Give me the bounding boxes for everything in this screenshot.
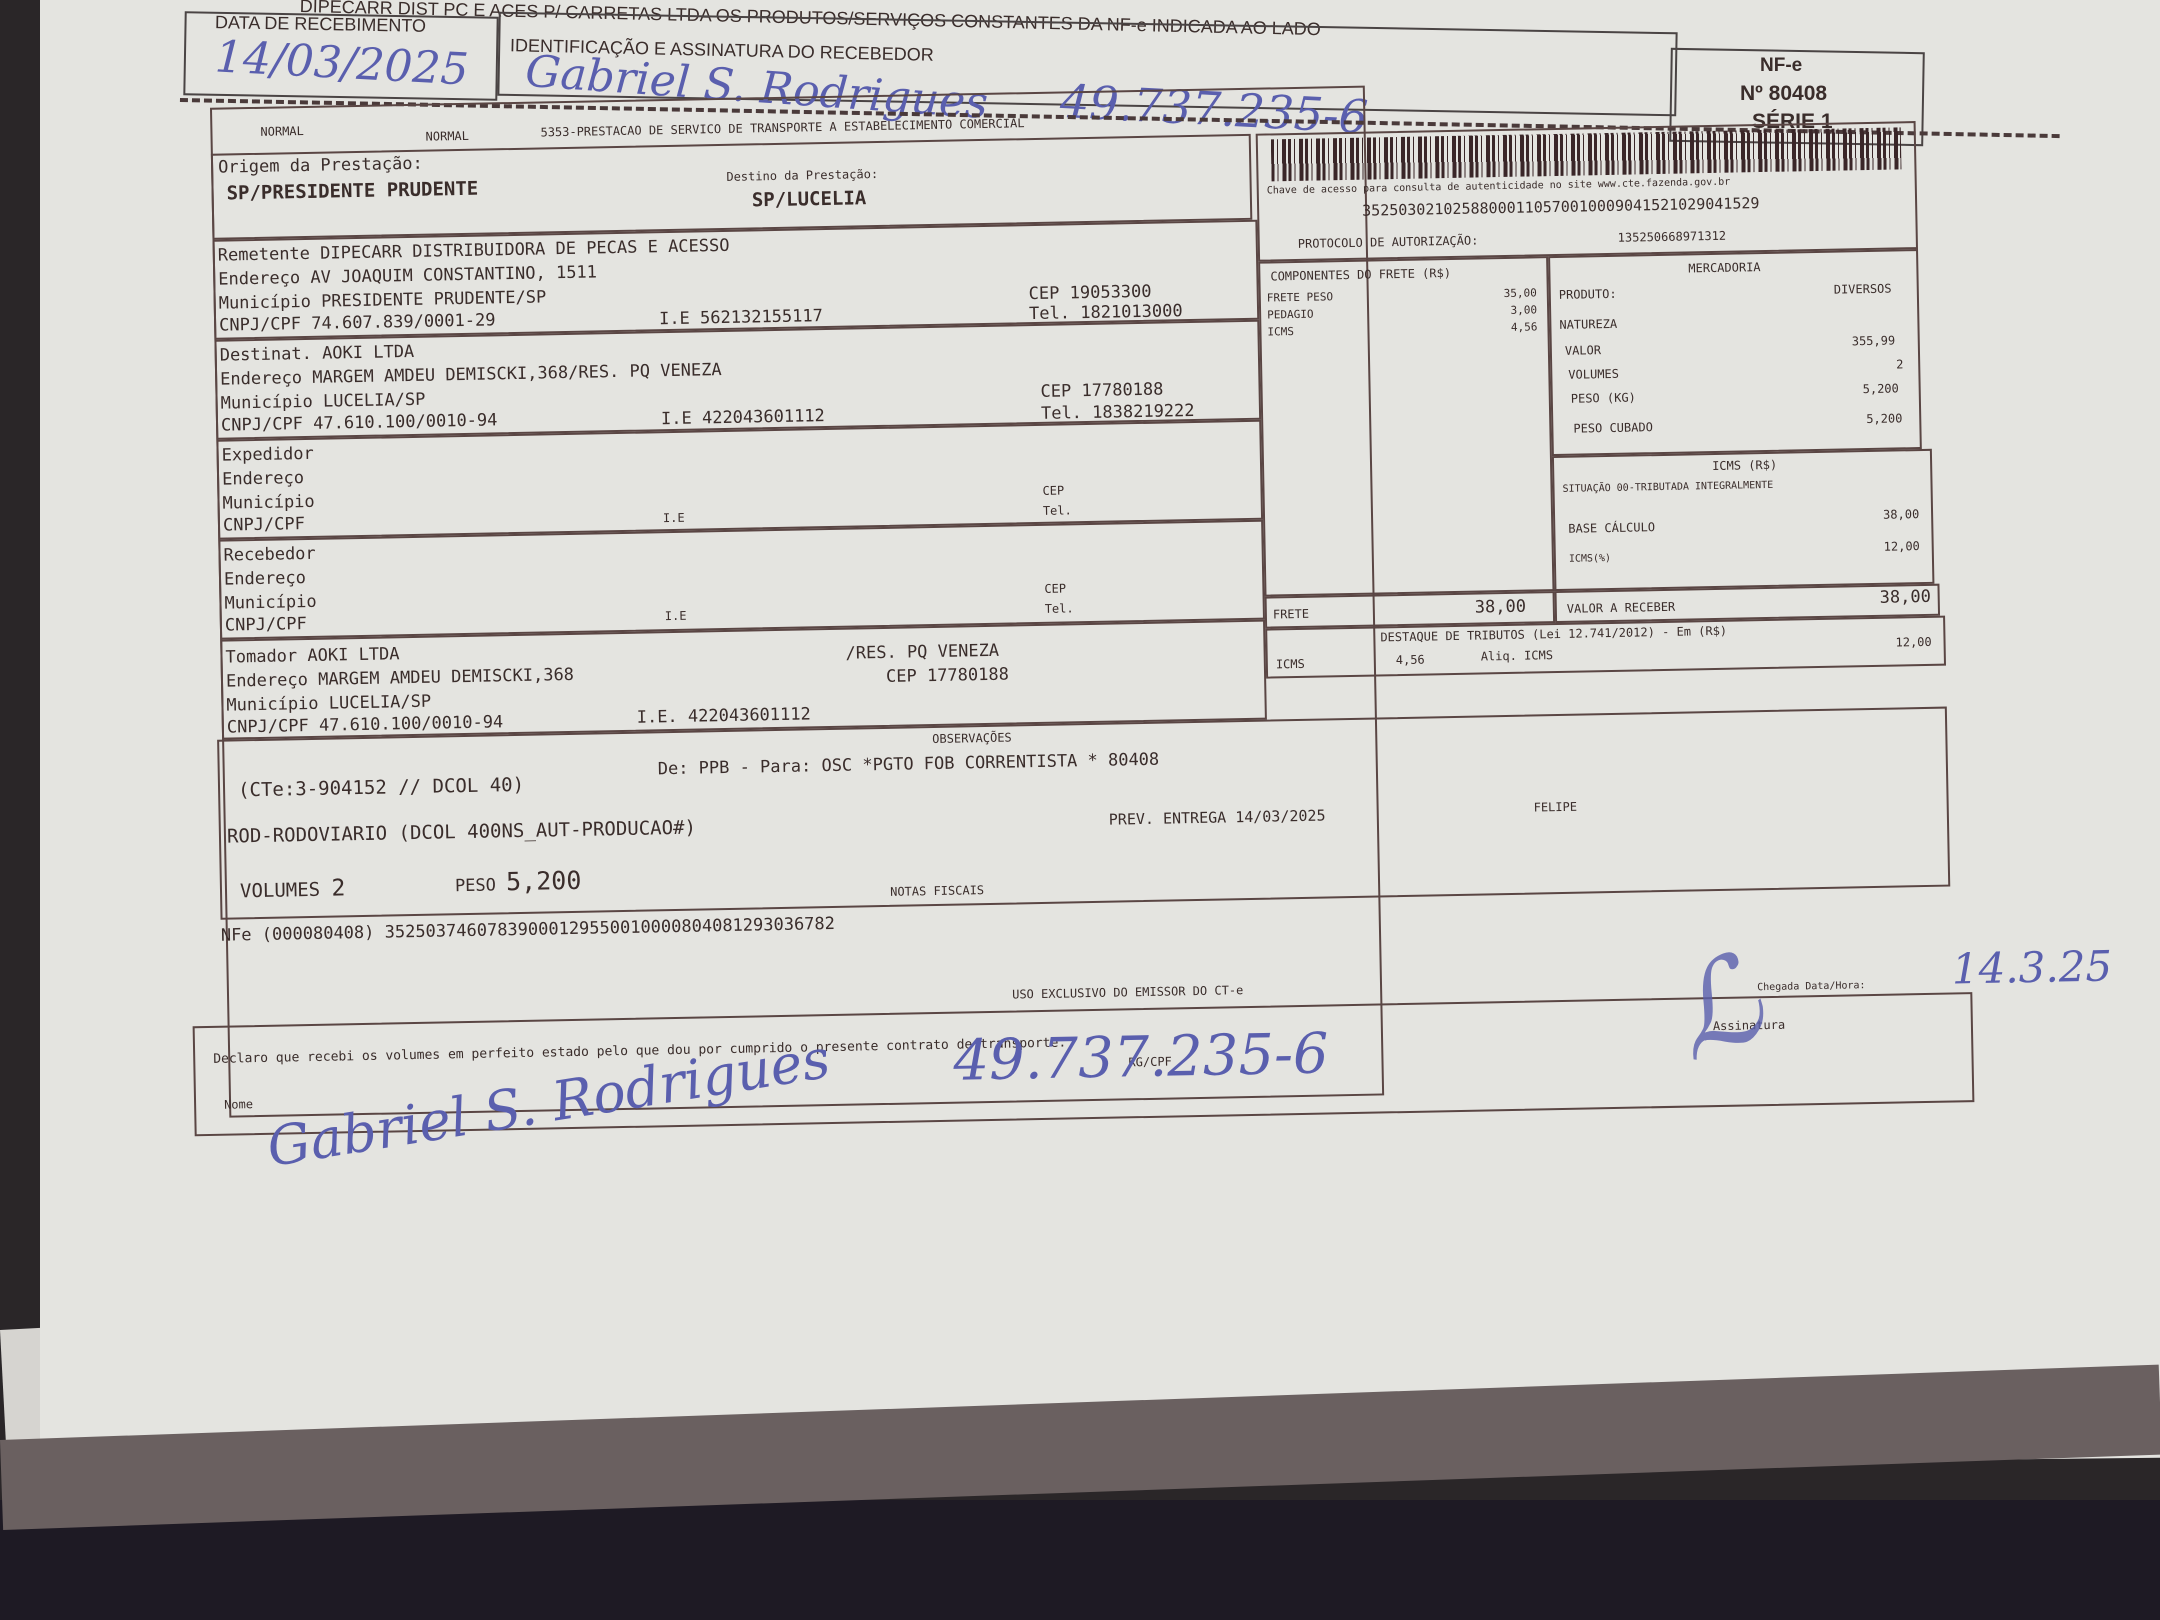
receiver-tel-label: Tel. — [1045, 601, 1074, 616]
freight-item-label: FRETE PESO — [1267, 288, 1334, 306]
freight-item-label: PEDAGIO — [1267, 306, 1314, 324]
receiver-rg-handwritten: 49.737.235-6 — [953, 1021, 1329, 1093]
receiver-label: Recebedor — [223, 544, 315, 566]
sender-cep: CEP 19053300 — [1029, 282, 1152, 304]
recipient-name: AOKI LTDA — [322, 342, 414, 364]
goods-weight-label: PESO (KG) — [1571, 390, 1636, 405]
receiver-cnpj-label: CNPJ/CPF — [225, 614, 307, 636]
freight-total-value: 38,00 — [1475, 597, 1527, 618]
shipper-cnpj-label: CNPJ/CPF — [223, 514, 305, 536]
invoices-title: NOTAS FISCAIS — [890, 883, 984, 899]
taxes-icms: 4,56 — [1396, 653, 1425, 668]
goods-weight: 5,200 — [1863, 381, 1899, 396]
arrival-handwritten: 14.3.25 — [1951, 941, 2112, 993]
recipient-cep: CEP 17780188 — [1040, 380, 1163, 402]
shipper-tel-label: Tel. — [1043, 503, 1072, 518]
freight-items: FRETE PESO35,00PEDAGIO3,00ICMS4,56 — [1267, 284, 1538, 340]
goods-nature-label: NATUREZA — [1559, 317, 1617, 332]
payer-label: Tomador AOKI LTDA — [225, 644, 399, 667]
sender-ie: I.E 562132155117 — [659, 306, 823, 329]
freight-item-value: 35,00 — [1503, 284, 1536, 302]
goods-value: 355,99 — [1852, 333, 1896, 348]
goods-product: DIVERSOS — [1834, 282, 1892, 297]
shipper-cep-label: CEP — [1042, 483, 1064, 497]
payer-name: AOKI LTDA — [307, 644, 399, 666]
name-label: Nome — [224, 1097, 253, 1112]
taxes-aliq: 12,00 — [1895, 635, 1931, 650]
shipper-city-label: Município — [222, 492, 314, 514]
goods-cubed-label: PESO CUBADO — [1573, 420, 1653, 436]
recipient-city: Município LUCELIA/SP — [220, 390, 425, 414]
freight-item-value: 4,56 — [1511, 318, 1538, 336]
goods-volumes-label: VOLUMES — [1568, 367, 1619, 382]
receivable-label: VALOR A RECEBER — [1567, 600, 1676, 616]
cte-type-1: NORMAL — [260, 124, 304, 139]
icms-base: 38,00 — [1883, 507, 1919, 522]
obs-weight: PESO 5,200 — [455, 866, 582, 897]
driver: FELIPE — [1534, 800, 1578, 815]
icms-title: ICMS (R$) — [1712, 458, 1777, 473]
taxes-aliq-label: Aliq. ICMS — [1481, 648, 1554, 663]
destination-label: Destino da Prestação: — [726, 167, 878, 184]
payer-address2: /RES. PQ VENEZA — [845, 641, 999, 664]
receiver-ie-label: I.E — [665, 609, 687, 623]
receivable-value: 38,00 — [1880, 587, 1932, 608]
freight-item-label: ICMS — [1267, 323, 1294, 341]
payer-ie: I.E. 422043601112 — [637, 704, 811, 727]
cte-type-2: NORMAL — [425, 129, 469, 144]
icms-rate-label: ICMS(%) — [1569, 553, 1611, 565]
recipient-label: Destinat. AOKI LTDA — [220, 342, 415, 366]
receiver-address-label: Endereço — [224, 568, 306, 590]
observations-title: OBSERVAÇÕES — [932, 731, 1012, 747]
protocol-value: 135250668971312 — [1618, 229, 1727, 245]
goods-value-label: VALOR — [1565, 343, 1601, 358]
stub-nfe-label: NF-e — [1760, 55, 1802, 77]
goods-volumes: 2 — [1896, 357, 1904, 371]
goods-product-label: PRODUTO: — [1559, 287, 1617, 302]
cte-document: NORMAL NORMAL 5353-PRESTACAO DE SERVICO … — [95, 73, 2067, 1250]
shipper-ie-label: I.E — [663, 511, 685, 525]
goods-title: MERCADORIA — [1688, 260, 1761, 275]
freight-total-label: FRETE — [1273, 607, 1309, 622]
destination-value: SP/LUCELIA — [752, 187, 867, 211]
icms-base-label: BASE CÁLCULO — [1568, 520, 1655, 536]
goods-cubed: 5,200 — [1866, 411, 1902, 426]
payer-city: Município LUCELIA/SP — [226, 692, 431, 716]
freight-item-value: 3,00 — [1510, 301, 1537, 319]
payer-cep: CEP 17780188 — [886, 665, 1009, 687]
obs-volumes: VOLUMES 2 — [240, 875, 346, 903]
origin-label: Origem da Prestação: — [218, 154, 423, 178]
recipient-ie: I.E 422043601112 — [661, 406, 825, 429]
arrival-label: Chegada Data/Hora: — [1757, 980, 1866, 993]
taxes-icms-label: ICMS — [1276, 657, 1305, 672]
receiver-city-label: Município — [224, 592, 316, 614]
shipper-address-label: Endereço — [222, 468, 304, 490]
receiver-cep-label: CEP — [1044, 581, 1066, 595]
icms-rate: 12,00 — [1884, 539, 1920, 554]
shipper-label: Expedidor — [221, 444, 313, 466]
